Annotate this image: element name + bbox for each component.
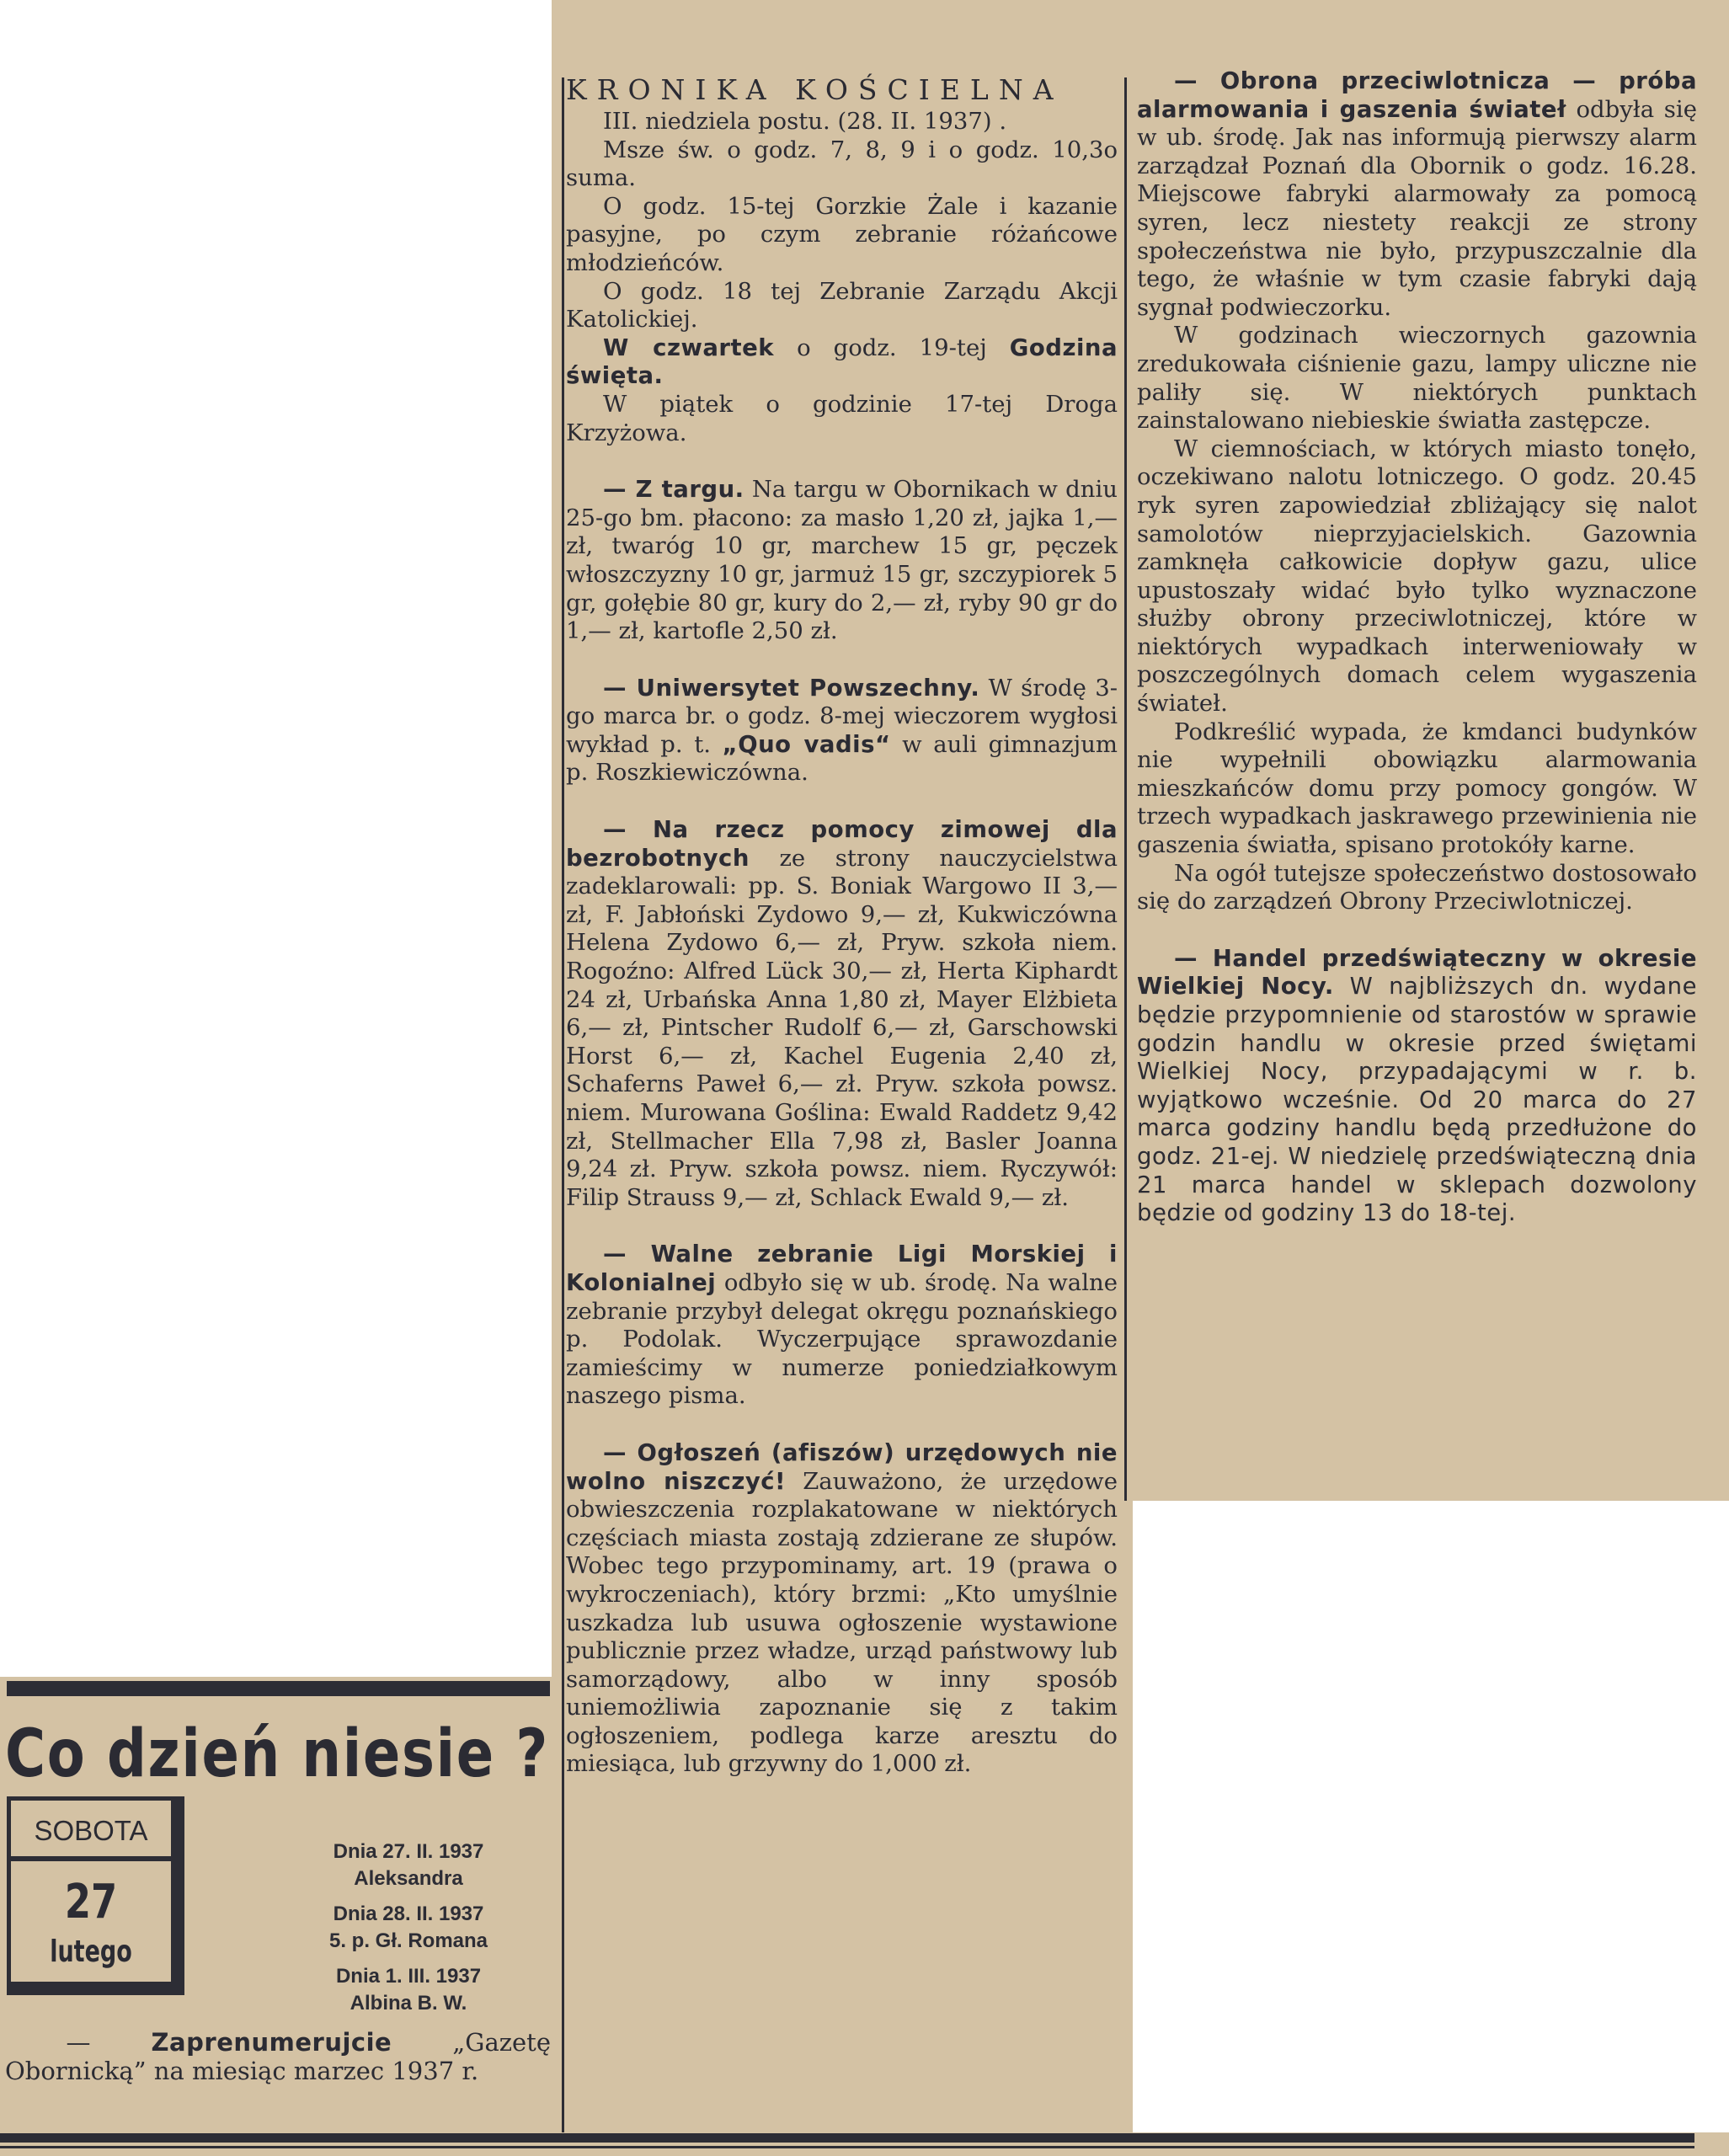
promo-bold: Zaprenumerujcie — [152, 2028, 392, 2057]
paragraph: O godz. 15-tej Gorzkie Żale i kazanie pa… — [566, 193, 1118, 278]
paragraph: — Ogłoszeń (afiszów) urzędowych nie woln… — [566, 1439, 1118, 1779]
paragraph: Na ogół tutejsze społeczeństwo dostosowa… — [1137, 860, 1697, 916]
paragraph: Podkreślić wypada, że kmdanci budynków n… — [1137, 718, 1697, 860]
paragraph: — Handel przedświąteczny w okresie Wielk… — [1137, 945, 1697, 1228]
paragraph: — Obrona przeciwlotnicza — próba alarmow… — [1137, 67, 1697, 322]
article-uniwersytet: — Uniwersytet Powszechny. W środę 3-go m… — [566, 675, 1118, 787]
section-heading: KRONIKA KOŚCIELNA — [566, 74, 1118, 106]
paragraph: O godz. 18 tej Zebranie Zarządu Akcji Ka… — [566, 278, 1118, 334]
paragraph: — Na rzecz pomocy zimowej dla bezrobotny… — [566, 816, 1118, 1212]
calendar-day-number: 27 — [27, 1876, 155, 1929]
text: o godz. 19-tej — [774, 334, 1010, 361]
name-day-entry: Dnia 27. II. 1937 Aleksandra — [286, 1838, 531, 1892]
paragraph: III. niedziela postu. (28. II. 1937) . — [566, 108, 1118, 136]
paragraph: — Walne zebranie Ligi Morskiej i Kolonia… — [566, 1241, 1118, 1411]
calendar-card: SOBOTA 27 lutego — [7, 1796, 184, 1995]
name-day-entry: Dnia 28. II. 1937 5. p. Gł. Romana — [286, 1901, 531, 1955]
paragraph: W czwartek o godz. 19-tej Godzina święta… — [566, 334, 1118, 391]
article-body: ze strony nauczycielstwa zadeklarowali: … — [566, 845, 1118, 1211]
article-heading: — Uniwersytet Powszechny. — [603, 675, 979, 702]
article-pomoc-zimowa: — Na rzecz pomocy zimowej dla bezrobotny… — [566, 816, 1118, 1212]
article-heading: — Z targu. — [603, 476, 744, 503]
entry-date: Dnia 27. II. 1937 — [286, 1838, 531, 1865]
bold-phrase: W czwartek — [603, 334, 774, 361]
paragraph: — Z targu. Na targu w Obornikach w dniu … — [566, 476, 1118, 646]
article-body: odbyła się w ub. środę. Jak nas informuj… — [1137, 96, 1697, 321]
article-ogloszenia: — Ogłoszeń (afiszów) urzędowych nie woln… — [566, 1439, 1118, 1779]
entry-date: Dnia 28. II. 1937 — [286, 1901, 531, 1928]
paragraph: W ciemnościach, w których miasto tonęło,… — [1137, 435, 1697, 718]
lecture-title: „Quo vadis“ — [723, 731, 891, 758]
article-z-targu: — Z targu. Na targu w Obornikach w dniu … — [566, 476, 1118, 646]
column-rule-left — [562, 77, 564, 2132]
entry-name: Aleksandra — [286, 1865, 531, 1892]
calendar-weekday: SOBOTA — [11, 1806, 171, 1858]
promo-dash: — — [67, 2028, 152, 2057]
name-days-list: Dnia 27. II. 1937 Aleksandra Dnia 28. II… — [286, 1838, 531, 2025]
column-rule-middle — [1124, 77, 1127, 1501]
paragraph: W godzinach wieczornych gazownia zreduko… — [1137, 322, 1697, 435]
article-body: Zauważono, że urzędowe obwieszczenia roz… — [566, 1468, 1118, 1778]
article-handel-przedswiateczny: — Handel przedświąteczny w okresie Wielk… — [1137, 945, 1697, 1228]
entry-name: 5. p. Gł. Romana — [286, 1928, 531, 1955]
entry-date: Dnia 1. III. 1937 — [286, 1963, 531, 1990]
subscription-promo: — Zaprenumerujcie „Gazetę Obornicką” na … — [5, 2028, 551, 2085]
article-body: W najbliższych dn. wydane będzie przypom… — [1137, 973, 1697, 1226]
paragraph: Msze św. o godz. 7, 8, 9 i o godz. 10,3o… — [566, 136, 1118, 193]
article-liga-morska: — Walne zebranie Ligi Morskiej i Kolonia… — [566, 1241, 1118, 1411]
paragraph: W piątek o godzinie 17-tej Droga Krzyżow… — [566, 391, 1118, 447]
article-kronika-koscielna: KRONIKA KOŚCIELNA III. niedziela postu. … — [566, 74, 1118, 447]
middle-column: KRONIKA KOŚCIELNA III. niedziela postu. … — [566, 74, 1118, 1779]
calendar-month: lutego — [31, 1934, 152, 1971]
entry-name: Albina B. W. — [286, 1990, 531, 2017]
name-day-entry: Dnia 1. III. 1937 Albina B. W. — [286, 1963, 531, 2017]
paragraph: — Uniwersytet Powszechny. W środę 3-go m… — [566, 675, 1118, 787]
calendar-divider — [11, 1856, 171, 1861]
article-obrona-przeciwlotnicza: — Obrona przeciwlotnicza — próba alarmow… — [1137, 67, 1697, 916]
box-title: Co dzień niesie ? — [5, 1718, 462, 1790]
bottom-thick-rule — [0, 2133, 1694, 2143]
right-column: — Obrona przeciwlotnicza — próba alarmow… — [1137, 67, 1697, 1228]
left-box-top-bar — [7, 1681, 550, 1696]
bottom-thin-rule — [0, 2146, 1694, 2148]
